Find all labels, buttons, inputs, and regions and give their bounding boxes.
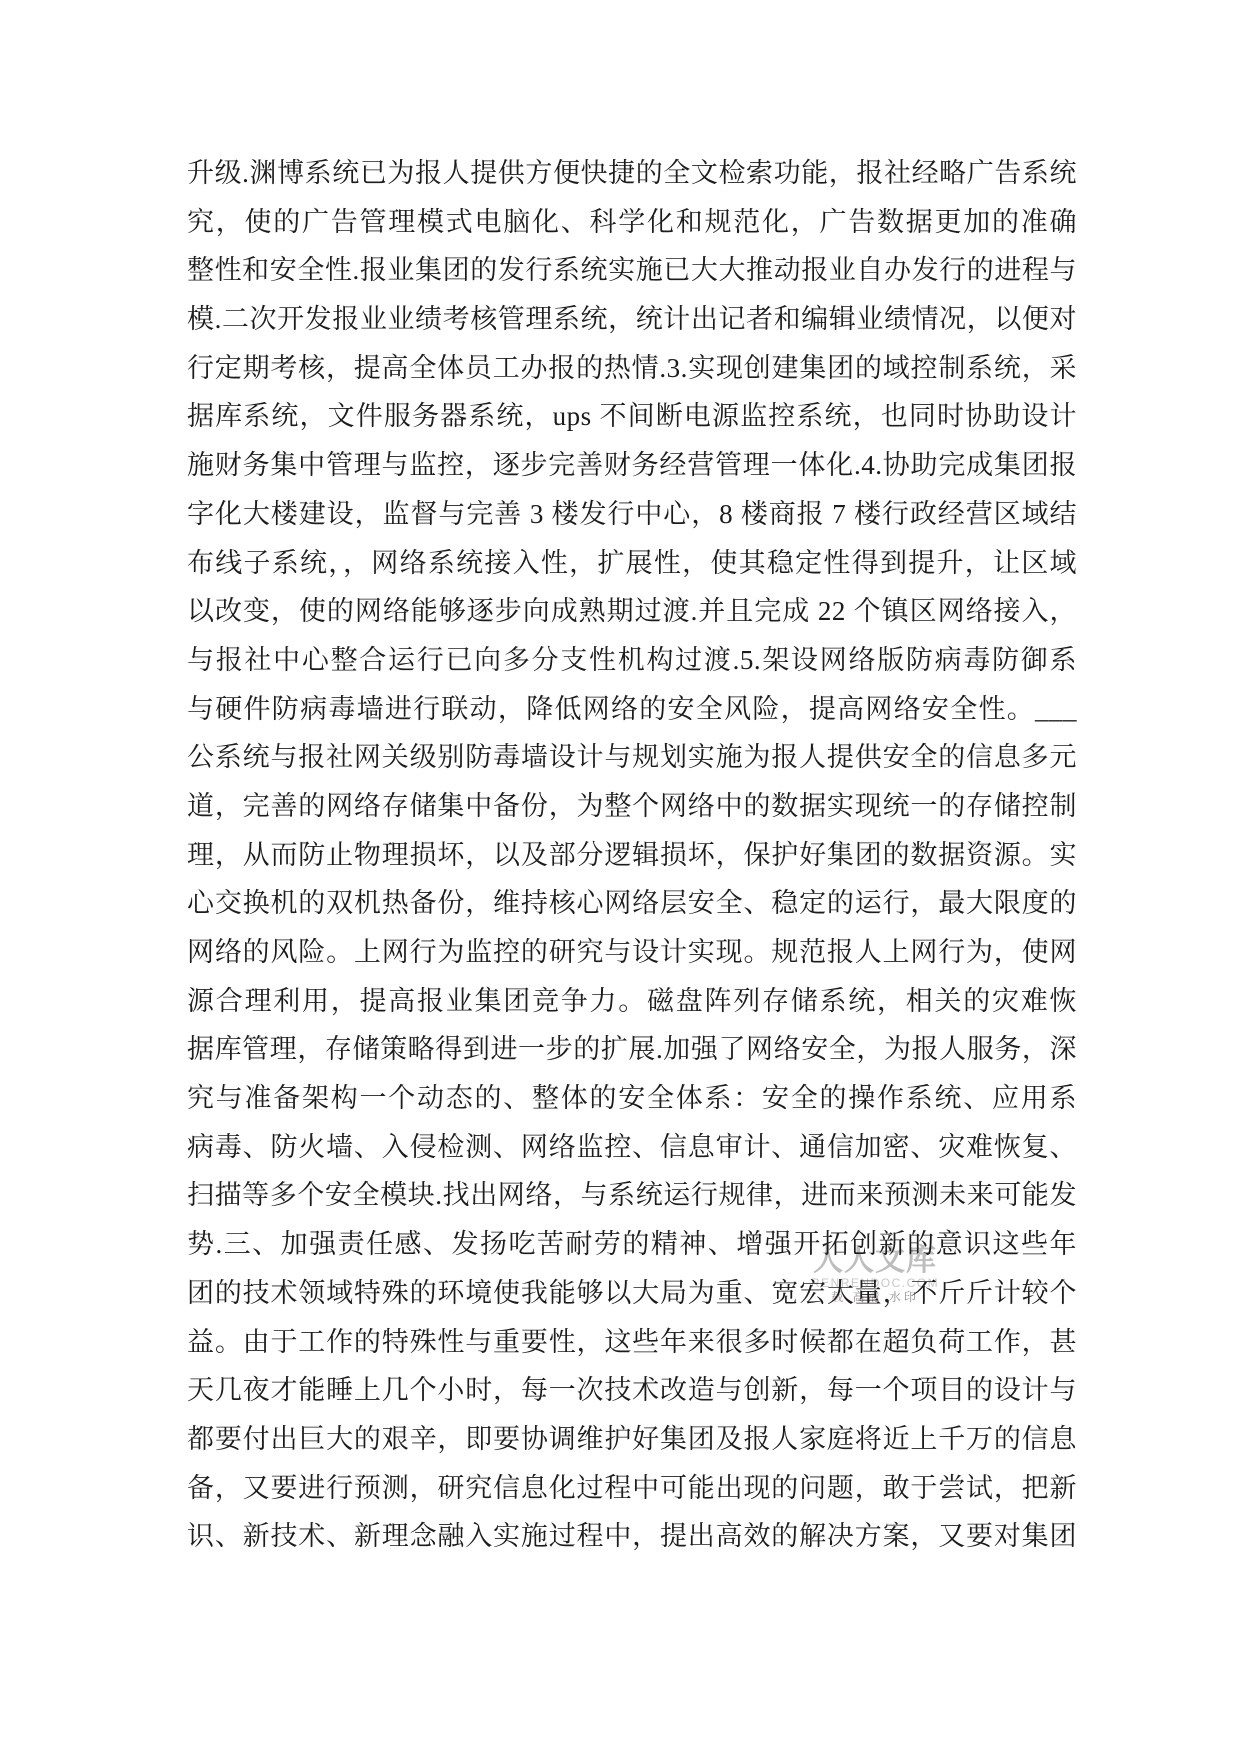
text-line: 团的技术领域特殊的环境使我能够以大局为重、宽宏大量，不斤斤计较个人利 <box>187 1269 1077 1318</box>
text-line: 理，从而防止物理损坏，以及部分逻辑损坏，保护好集团的数据资源。实现核 <box>187 831 1077 880</box>
text-line: 据库管理，存储策略得到进一步的扩展.加强了网络安全，为报人服务，深度研 <box>187 1025 1077 1074</box>
text-line: 势.三、加强责任感、发扬吃苦耐劳的精神、增强开拓创新的意识这些年来，集 <box>187 1220 1077 1269</box>
text-line: 与报社中心整合运行已向多分支性机构过渡.5.架设网络版防病毒防御系统，并 <box>187 636 1077 685</box>
text-line: 字化大楼建设，监督与完善 3 楼发行中心，8 楼商报 7 楼行政经营区域结构化 <box>187 490 1077 539</box>
text-line: 天几夜才能睡上几个小时，每一次技术改造与创新，每一个项目的设计与架设 <box>187 1366 1077 1415</box>
text-line: 施财务集中管理与监控，逐步完善财务经营管理一体化.4.协助完成集团报业数 <box>187 441 1077 490</box>
text-line: 整性和安全性.报业集团的发行系统实施已大大推动报业自办发行的进程与规 <box>187 246 1077 295</box>
text-line: 模.二次开发报业业绩考核管理系统，统计出记者和编辑业绩情况，以便对其进 <box>187 295 1077 344</box>
document-page: 人人文库 RENRENDOC.COM 载 高清 水印 升级.渊博系统已为报人提供… <box>0 0 1240 1753</box>
text-line: 益。由于工作的特殊性与重要性，这些年来很多时候都在超负荷工作，甚至几 <box>187 1318 1077 1367</box>
text-line: 与硬件防病毒墙进行联动，降低网络的安全风险，提高网络安全性。___远程办 <box>187 685 1077 734</box>
text-line: 都要付出巨大的艰辛，即要协调维护好集团及报人家庭将近上千万的信息设 <box>187 1415 1077 1464</box>
text-line: 究，使的广告管理模式电脑化、科学化和规范化，广告数据更加的准确性、完 <box>187 198 1077 247</box>
text-line: 网络的风险。上网行为监控的研究与设计实现。规范报人上网行为，使网络资 <box>187 928 1077 977</box>
text-line: 据库系统，文件服务器系统，ups 不间断电源监控系统，也同时协助设计与实 <box>187 392 1077 441</box>
text-line: 升级.渊博系统已为报人提供方便快捷的全文检索功能，报社经略广告系统的研 <box>187 149 1077 198</box>
text-line: 源合理利用，提高报业集团竞争力。磁盘阵列存储系统，相关的灾难恢复，数 <box>187 977 1077 1026</box>
text-line: 备，又要进行预测，研究信息化过程中可能出现的问题，敢于尝试，把新知 <box>187 1464 1077 1513</box>
text-line: 究与准备架构一个动态的、整体的安全体系：安全的操作系统、应用系统、防 <box>187 1074 1077 1123</box>
text-line: 道，完善的网络存储集中备份，为整个网络中的数据实现统一的存储控制管 <box>187 782 1077 831</box>
text-line: 行定期考核，提高全体员工办报的热情.3.实现创建集团的域控制系统，采编数 <box>187 344 1077 393</box>
text-line: 扫描等多个安全模块.找出网络，与系统运行规律，进而来预测未来可能发生趋 <box>187 1171 1077 1220</box>
text-line: 病毒、防火墙、入侵检测、网络监控、信息审计、通信加密、灾难恢复、安全 <box>187 1123 1077 1172</box>
text-line: 以改变，使的网络能够逐步向成熟期过渡.并且完成 22 个镇区网络接入，系统 <box>187 587 1077 636</box>
text-line: 公系统与报社网关级别防毒墙设计与规划实施为报人提供安全的信息多元化通 <box>187 733 1077 782</box>
text-line: 心交换机的双机热备份，维持核心网络层安全、稳定的运行，最大限度的降低 <box>187 879 1077 928</box>
text-line: 布线子系统，，网络系统接入性，扩展性，使其稳定性得到提升，让区域需求得 <box>187 539 1077 588</box>
document-lines: 升级.渊博系统已为报人提供方便快捷的全文检索功能，报社经略广告系统的研究，使的广… <box>187 149 1077 1561</box>
text-line: 识、新技术、新理念融入实施过程中，提出高效的解决方案，又要对集团技术 <box>187 1512 1077 1561</box>
